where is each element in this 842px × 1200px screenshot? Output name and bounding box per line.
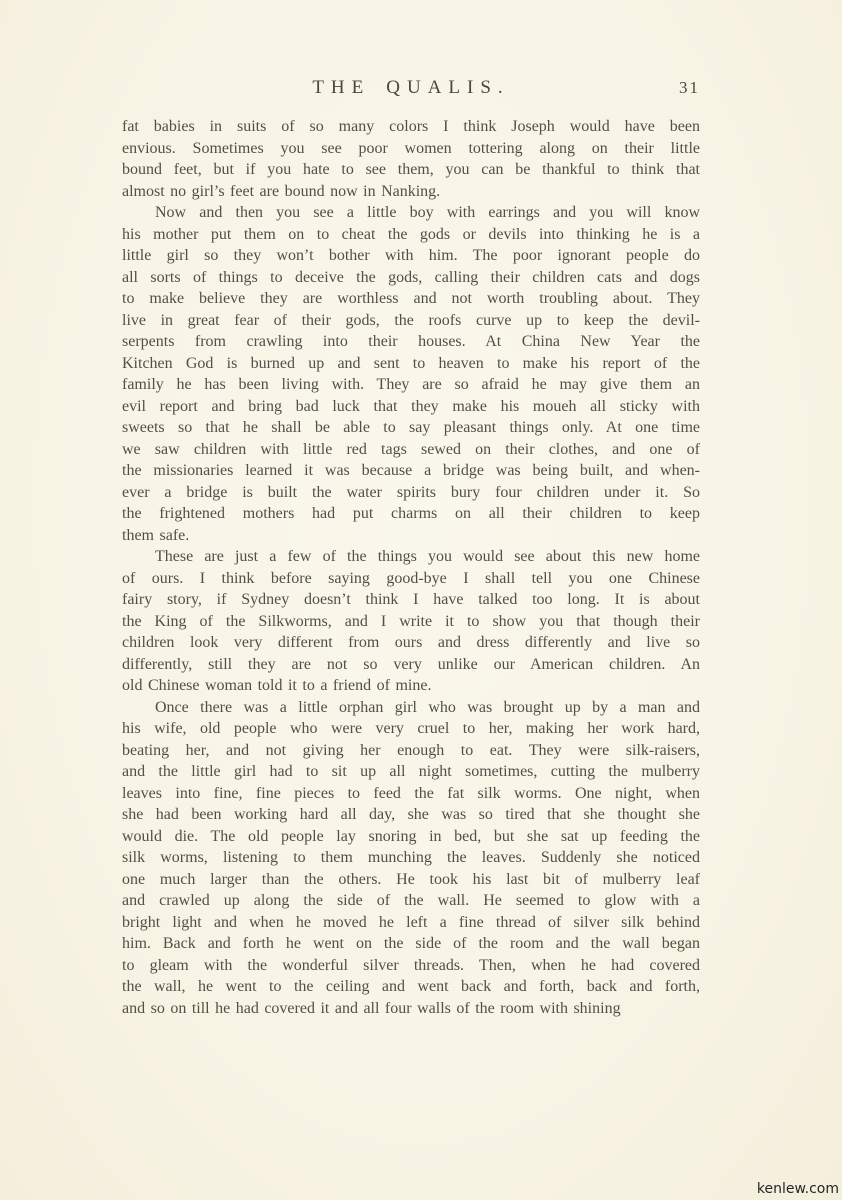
text-line: Once there was a little orphan girl who … [122, 697, 700, 719]
text-line: his mother put them on to cheat the gods… [122, 224, 700, 246]
text-line: one much larger than the others. He took… [122, 869, 700, 891]
text-line: sweets so that he shall be able to say p… [122, 417, 700, 439]
text-line: the wall, he went to the ceiling and wen… [122, 976, 700, 998]
text-line: and crawled up along the side of the wal… [122, 890, 700, 912]
watermark: kenlew.com [757, 1181, 839, 1197]
text-line: to gleam with the wonderful silver threa… [122, 955, 700, 977]
text-line: him. Back and forth he went on the side … [122, 933, 700, 955]
text-line: old Chinese woman told it to a friend of… [122, 675, 700, 697]
text-line: leaves into fine, fine pieces to feed th… [122, 783, 700, 805]
text-line: beating her, and not giving her enough t… [122, 740, 700, 762]
text-line: evil report and bring bad luck that they… [122, 396, 700, 418]
text-line: and so on till he had covered it and all… [122, 998, 700, 1020]
text-line: serpents from crawling into their houses… [122, 331, 700, 353]
text-line: bright light and when he moved he left a… [122, 912, 700, 934]
text-line: children look very different from ours a… [122, 632, 700, 654]
text-line: would die. The old people lay snoring in… [122, 826, 700, 848]
text-line: of ours. I think before saying good-bye … [122, 568, 700, 590]
text-line: the frightened mothers had put charms on… [122, 503, 700, 525]
text-line: differently, still they are not so very … [122, 654, 700, 676]
text-line: and the little girl had to sit up all ni… [122, 761, 700, 783]
text-line: Kitchen God is burned up and sent to hea… [122, 353, 700, 375]
text-line: all sorts of things to deceive the gods,… [122, 267, 700, 289]
text-line: them safe. [122, 525, 700, 547]
text-line: fat babies in suits of so many colors I … [122, 116, 700, 138]
text-line: little girl so they won’t bother with hi… [122, 245, 700, 267]
text-line: she had been working hard all day, she w… [122, 804, 700, 826]
running-title-word-2: QUALIS. [386, 77, 509, 98]
text-line: ever a bridge is built the water spirits… [122, 482, 700, 504]
page-number: 31 [679, 78, 700, 98]
text-line: we saw children with little red tags sew… [122, 439, 700, 461]
running-title: THEQUALIS. [122, 77, 700, 99]
running-title-word-1: THE [312, 77, 370, 98]
text-line: envious. Sometimes you see poor women to… [122, 138, 700, 160]
text-line: live in great fear of their gods, the ro… [122, 310, 700, 332]
text-line: his wife, old people who were very cruel… [122, 718, 700, 740]
text-line: These are just a few of the things you w… [122, 546, 700, 568]
body-text: fat babies in suits of so many colors I … [122, 116, 700, 1019]
text-line: to make believe they are worthless and n… [122, 288, 700, 310]
text-line: bound feet, but if you hate to see them,… [122, 159, 700, 181]
text-line: the King of the Silkworms, and I write i… [122, 611, 700, 633]
text-line: fairy story, if Sydney doesn’t think I h… [122, 589, 700, 611]
page-header: THEQUALIS. 31 [122, 77, 700, 99]
text-line: the missionaries learned it was because … [122, 460, 700, 482]
text-line: Now and then you see a little boy with e… [122, 202, 700, 224]
text-line: family he has been living with. They are… [122, 374, 700, 396]
text-line: almost no girl’s feet are bound now in N… [122, 181, 700, 203]
text-line: silk worms, listening to them munching t… [122, 847, 700, 869]
book-page: THEQUALIS. 31 fat babies in suits of so … [0, 0, 842, 1200]
